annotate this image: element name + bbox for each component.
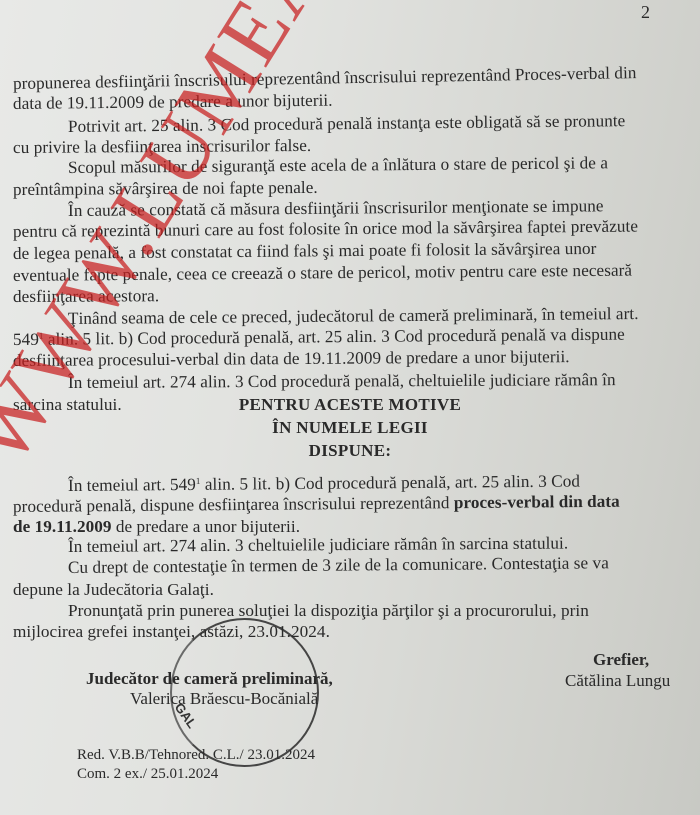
body-line: cu privire la desfiinţarea inscrisurilor… — [13, 136, 311, 158]
body-line: data de 19.11.2009 de predare a unor bij… — [13, 91, 333, 114]
heading-line-3: DISPUNE: — [0, 441, 700, 461]
judge-title: Judecător de cameră preliminară, — [86, 669, 333, 689]
body-line: Scopul măsurilor de siguranţă este acela… — [68, 153, 608, 178]
clerk-name: Cătălina Lungu — [565, 671, 670, 691]
page-number: 2 — [641, 2, 650, 23]
footer-red: Red. V.B.B/Tehnored. C.L./ 23.01.2024 — [77, 746, 315, 764]
judge-name: Valerica Brăescu-Bocănială — [130, 689, 318, 709]
dispositive-p4-line1: Pronunţată prin punerea soluţiei la disp… — [68, 601, 589, 621]
heading-line-2: ÎN NUMELE LEGII — [0, 418, 700, 438]
body-line: Potrivit art. 25 alin. 3 Cod procedură p… — [68, 111, 626, 137]
body-line: de legea penală, a fost constatat ca fii… — [13, 239, 597, 264]
body-line: 5491 alin. 5 lit. b) Cod procedură penal… — [13, 325, 625, 350]
document-page: 2 propunerea desfiinţării înscrisului re… — [0, 0, 700, 815]
footer-com: Com. 2 ex./ 25.01.2024 — [77, 765, 218, 783]
dispositive-p3-line1: Cu drept de contestaţie în termen de 3 z… — [68, 553, 609, 578]
body-line: pentru că reprezintă bunuri care au fost… — [13, 217, 638, 242]
dispositive-p1-line2: procedură penală, dispune desfiinţarea î… — [13, 492, 620, 517]
body-line: desfiinţarea acestora. — [13, 286, 159, 307]
heading-line-1: PENTRU ACESTE MOTIVE — [0, 395, 700, 415]
body-line: În temeiul art. 274 alin. 3 Cod procedur… — [68, 370, 616, 393]
body-line: preîntâmpina săvârşirea de noi fapte pen… — [13, 178, 318, 200]
clerk-title: Grefier, — [593, 650, 649, 670]
dispositive-p3-line2: depune la Judecătoria Galaţi. — [13, 580, 214, 600]
body-line: eventuale fapte penale, ceea ce creează … — [13, 261, 632, 286]
dispositive-p1-line3: de 19.11.2009 de predare a unor bijuteri… — [13, 517, 300, 537]
body-line: propunerea desfiinţării înscrisului repr… — [13, 63, 637, 94]
body-line: desfiinţarea procesului-verbal din data … — [13, 347, 570, 371]
